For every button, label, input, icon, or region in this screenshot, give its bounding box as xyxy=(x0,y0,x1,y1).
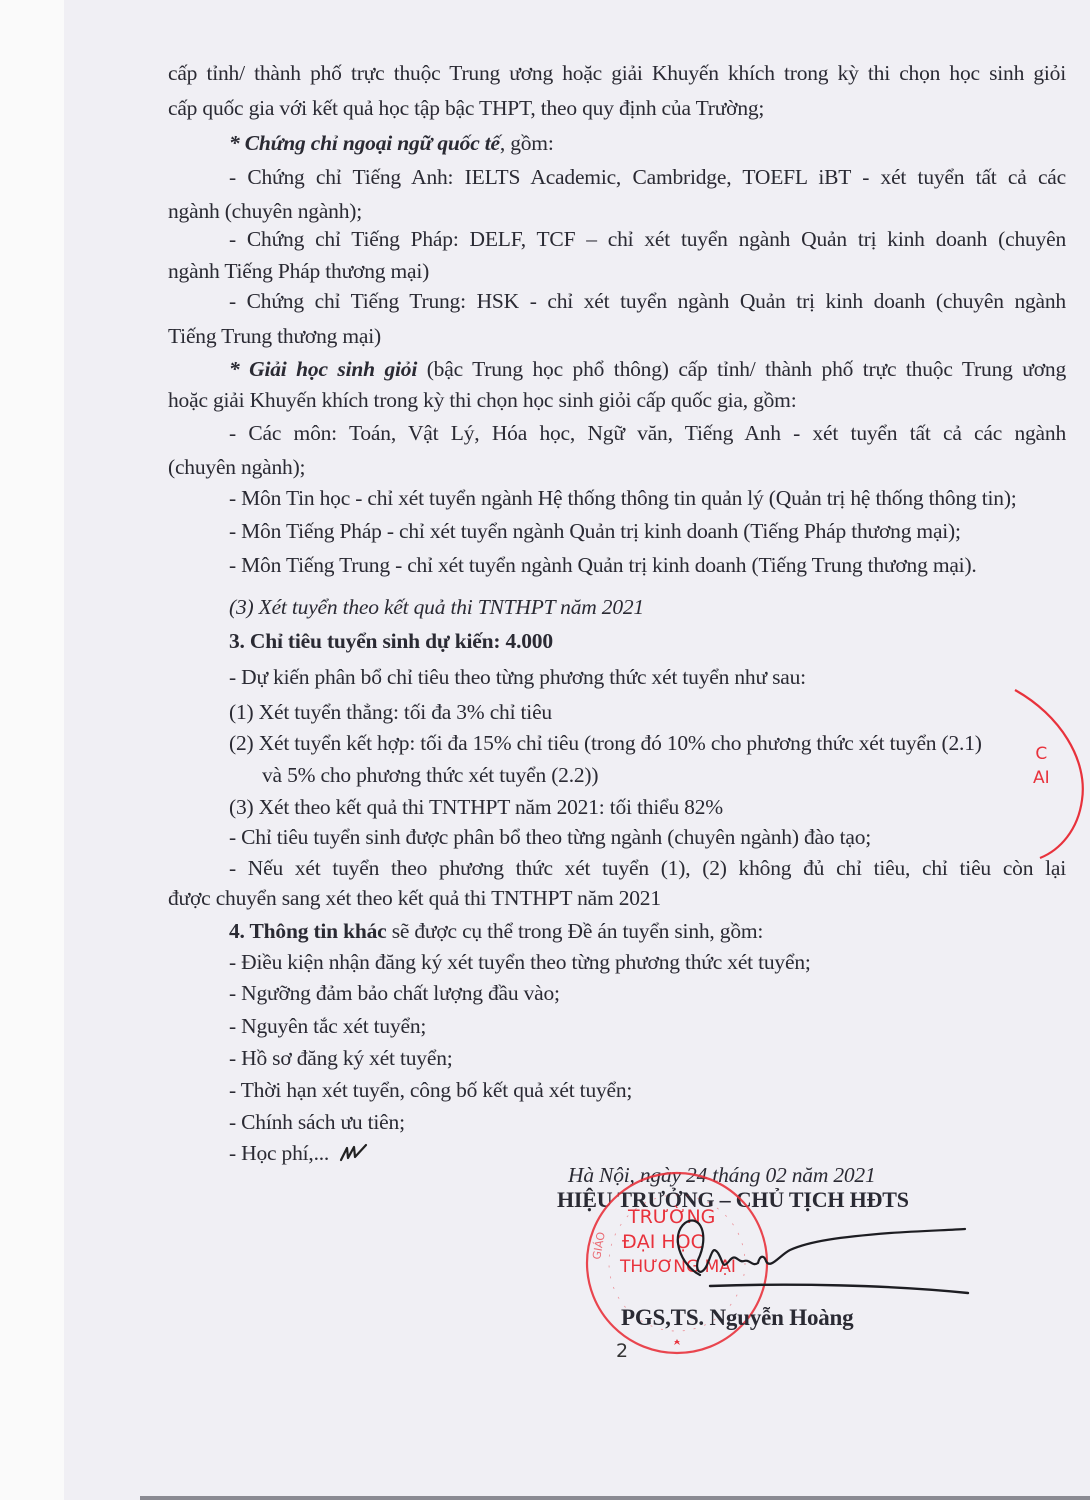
initial-mark-icon xyxy=(338,1142,368,1164)
certificates-heading-rest: , gồm: xyxy=(500,131,554,155)
award-subjects-line1: - Các môn: Toán, Vật Lý, Hóa học, Ngữ vă… xyxy=(229,418,1066,448)
margin-seal-text: C AI xyxy=(1033,742,1050,790)
allocation-1: (1) Xét tuyển thẳng: tối đa 3% chỉ tiêu xyxy=(229,697,552,727)
section4-item: - Chính sách ưu tiên; xyxy=(229,1107,405,1137)
section4-heading: 4. Thông tin khác sẽ được cụ thể trong Đ… xyxy=(229,916,763,946)
section3-note2-line2: được chuyển sang xét theo kết quả thi TN… xyxy=(168,883,661,913)
section4-item-last: - Học phí,... xyxy=(229,1138,368,1168)
signer-name: PGS,TS. Nguyễn Hoàng xyxy=(621,1303,853,1333)
allocation-2: (2) Xét tuyển kết hợp: tối đa 15% chỉ ti… xyxy=(229,728,982,758)
continuation-line-2: cấp quốc gia với kết quả học tập bậc THP… xyxy=(168,93,764,123)
cert-french-line1: - Chứng chỉ Tiếng Pháp: DELF, TCF – chỉ … xyxy=(229,224,1066,254)
section4-item: - Nguyên tắc xét tuyển; xyxy=(229,1011,426,1041)
cert-english-line2: ngành (chuyên ngành); xyxy=(168,196,362,226)
section3-heading: 3. Chỉ tiêu tuyển sinh dự kiến: 4.000 xyxy=(229,626,553,656)
award-subjects-line2: (chuyên ngành); xyxy=(168,452,305,482)
award-french: - Môn Tiếng Pháp - chỉ xét tuyển ngành Q… xyxy=(229,516,961,546)
signature xyxy=(640,1215,970,1305)
section3-note1: - Chỉ tiêu tuyển sinh được phân bổ theo … xyxy=(229,822,871,852)
margin-seal-letter-1: C xyxy=(1033,742,1050,766)
awards-heading-rest: (bậc Trung học phổ thông) cấp tỉnh/ thàn… xyxy=(417,357,1066,381)
section3-quota-value: : 4.000 xyxy=(493,629,553,653)
signature-icon xyxy=(640,1215,970,1305)
cert-french-line2: ngành Tiếng Pháp thương mại) xyxy=(168,256,429,286)
awards-heading-line2: hoặc giải Khuyến khích trong kỳ thi chọn… xyxy=(168,385,796,415)
section4-item: - Điều kiện nhận đăng ký xét tuyển theo … xyxy=(229,947,811,977)
allocation-3: (3) Xét theo kết quả thi TNTHPT năm 2021… xyxy=(229,792,723,822)
section4-heading-bold: 4. Thông tin khác xyxy=(229,919,387,943)
document-page: cấp tỉnh/ thành phố trực thuộc Trung ươn… xyxy=(0,0,1090,1500)
allocation-2-cont: và 5% cho phương thức xét tuyển (2.2)) xyxy=(262,760,598,790)
section4-item: - Hồ sơ đăng ký xét tuyển; xyxy=(229,1043,453,1073)
section4-heading-rest: sẽ được cụ thể trong Đề án tuyển sinh, g… xyxy=(387,919,764,943)
cert-english-line1: - Chứng chỉ Tiếng Anh: IELTS Academic, C… xyxy=(229,162,1066,192)
section3-heading-bold: 3. Chỉ tiêu tuyển sinh dự kiến xyxy=(229,629,493,653)
certificates-heading-bold: * Chứng chỉ ngoại ngữ quốc tế xyxy=(229,131,500,155)
section3-note2-line1: - Nếu xét tuyển theo phương thức xét tuy… xyxy=(229,853,1066,883)
margin-seal-letter-2: AI xyxy=(1033,766,1050,790)
certificates-heading: * Chứng chỉ ngoại ngữ quốc tế, gồm: xyxy=(229,128,554,158)
section4-item: - Thời hạn xét tuyển, công bố kết quả xé… xyxy=(229,1075,632,1105)
awards-heading-bold: * Giải học sinh giỏi xyxy=(229,357,417,381)
continuation-line-1: cấp tỉnh/ thành phố trực thuộc Trung ươn… xyxy=(168,58,1066,88)
cert-chinese-line2: Tiếng Trung thương mại) xyxy=(168,321,381,351)
method3-heading: (3) Xét tuyển theo kết quả thi TNTHPT nă… xyxy=(229,592,644,622)
scan-bottom-edge xyxy=(140,1496,1090,1500)
award-chinese: - Môn Tiếng Trung - chỉ xét tuyển ngành … xyxy=(229,550,977,580)
award-informatics: - Môn Tin học - chỉ xét tuyển ngành Hệ t… xyxy=(229,483,1017,513)
section4-item-fees: - Học phí,... xyxy=(229,1141,329,1165)
partial-seal-icon xyxy=(1010,690,1090,860)
cert-chinese-line1: - Chứng chỉ Tiếng Trung: HSK - chỉ xét t… xyxy=(229,286,1066,316)
margin-seal-fragment xyxy=(1010,690,1090,860)
section3-intro: - Dự kiến phân bổ chỉ tiêu theo từng phư… xyxy=(229,662,806,692)
section4-item: - Ngưỡng đảm bảo chất lượng đầu vào; xyxy=(229,978,560,1008)
svg-text:GIÁO: GIÁO xyxy=(590,1231,608,1261)
awards-heading-line1: * Giải học sinh giỏi (bậc Trung học phổ … xyxy=(229,354,1066,384)
page-number: 2 xyxy=(616,1336,628,1366)
